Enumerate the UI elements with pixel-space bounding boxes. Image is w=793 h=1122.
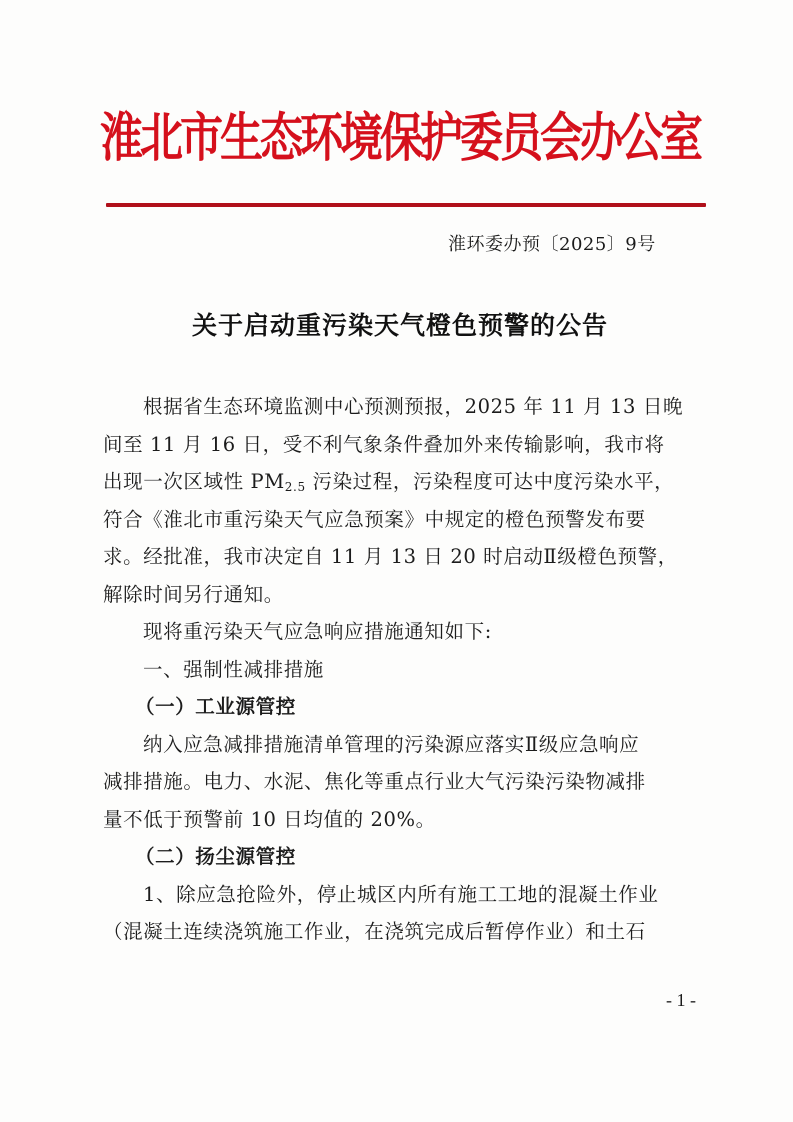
paragraph-3-line-1: 纳入应急减排措施清单管理的污染源应落实Ⅱ级应急响应 [103,726,703,764]
page-number: - 1 - [666,990,696,1011]
paragraph-1-line-3: 出现一次区域性 PM2.5 污染过程，污染程度可达中度污染水平， [103,463,703,501]
subsection-2-heading: （二）扬尘源管控 [103,838,703,876]
paragraph-3-line-3: 量不低于预警前 10 日均值的 20%。 [103,801,703,839]
document-number: 淮环委办预〔2025〕9号 [448,230,656,256]
paragraph-1-line-2: 间至 11 月 16 日，受不利气象条件叠加外来传输影响，我市将 [103,426,703,464]
paragraph-1-line-6: 解除时间另行通知。 [103,576,703,614]
subsection-1-heading: （一）工业源管控 [103,688,703,726]
letterhead-organization: 淮北市生态环境保护委员会办公室 [100,102,700,175]
document-page: 淮北市生态环境保护委员会办公室 淮环委办预〔2025〕9号 关于启动重污染天气橙… [0,0,793,1122]
paragraph-1-line-5: 求。经批准，我市决定自 11 月 13 日 20 时启动Ⅱ级橙色预警， [103,538,703,576]
paragraph-1-line-3-after: 污染过程，污染程度可达中度污染水平， [306,470,675,493]
paragraph-2: 现将重污染天气应急响应措施通知如下: [103,613,703,651]
pm-subscript: 2.5 [285,480,306,494]
paragraph-1-line-1: 根据省生态环境监测中心预测预报，2025 年 11 月 13 日晚 [103,388,703,426]
paragraph-3-line-2: 减排措施。电力、水泥、焦化等重点行业大气污染污染物减排 [103,763,703,801]
document-title: 关于启动重污染天气橙色预警的公告 [100,306,700,342]
paragraph-1-line-4: 符合《淮北市重污染天气应急预案》中规定的橙色预警发布要 [103,501,703,539]
section-1-heading: 一、强制性减排措施 [103,651,703,689]
document-body: 根据省生态环境监测中心预测预报，2025 年 11 月 13 日晚 间至 11 … [103,388,703,951]
paragraph-4-line-1: 1、除应急抢险外，停止城区内所有施工工地的混凝土作业 [103,876,703,914]
paragraph-4-line-2: （混凝土连续浇筑施工作业，在浇筑完成后暂停作业）和土石 [103,913,703,951]
paragraph-1-line-3-before: 出现一次区域性 PM [103,470,285,493]
letterhead-red-rule [106,203,706,207]
